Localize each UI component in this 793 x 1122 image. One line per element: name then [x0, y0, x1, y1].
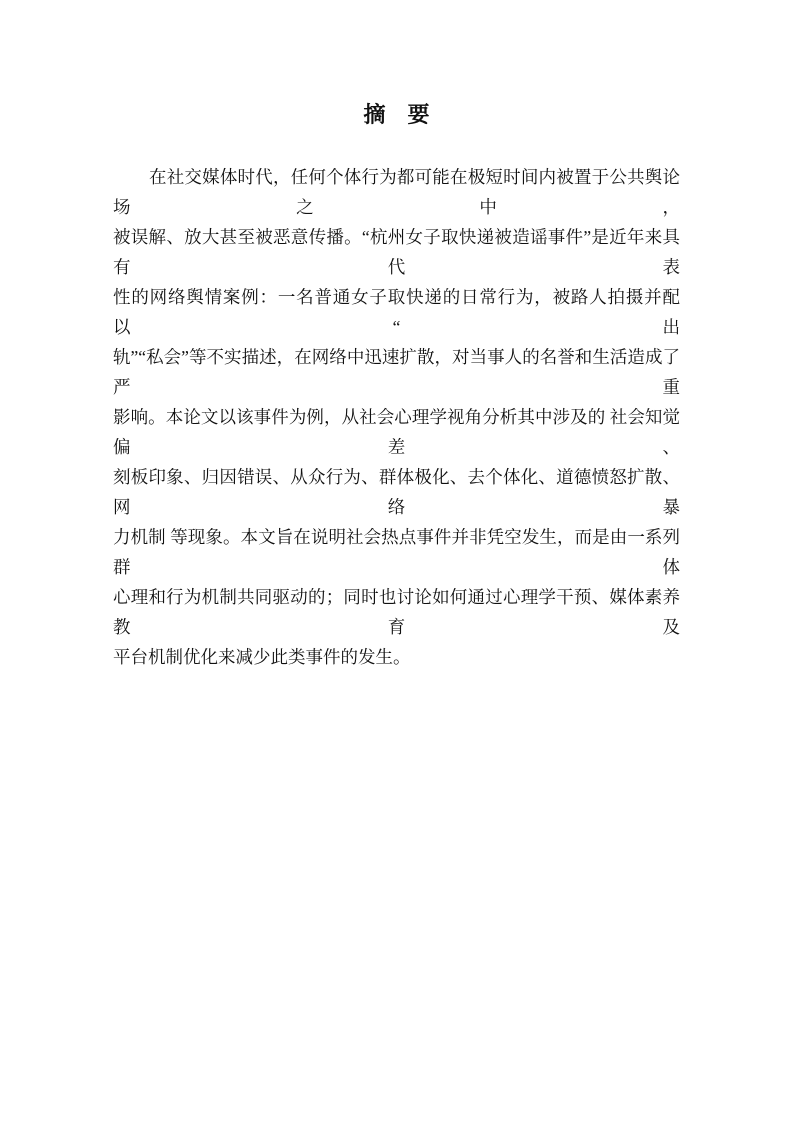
abstract-line: 轨”“私会”等不实描述，在网络中迅速扩散，对当事人的名誉和生活造成了严重 — [113, 342, 680, 402]
abstract-title: 摘 要 — [0, 0, 793, 130]
document-page: 摘 要 在社交媒体时代，任何个体行为都可能在极短时间内被置于公共舆论场之中， 被… — [0, 0, 793, 1122]
abstract-paragraph: 在社交媒体时代，任何个体行为都可能在极短时间内被置于公共舆论场之中， 被误解、放… — [113, 162, 680, 672]
abstract-line: 被误解、放大甚至被恶意传播。“杭州女子取快递被造谣事件”是近年来具有代表 — [113, 222, 680, 282]
abstract-line: 在社交媒体时代，任何个体行为都可能在极短时间内被置于公共舆论场之中， — [113, 162, 680, 222]
abstract-line: 性的网络舆情案例：一名普通女子取快递的日常行为，被路人拍摄并配以“出 — [113, 282, 680, 342]
abstract-line: 平台机制优化来减少此类事件的发生。 — [113, 642, 680, 672]
abstract-line: 影响。本论文以该事件为例，从社会心理学视角分析其中涉及的 社会知觉偏差、 — [113, 402, 680, 462]
abstract-line: 刻板印象、归因错误、从众行为、群体极化、去个体化、道德愤怒扩散、网络暴 — [113, 462, 680, 522]
abstract-line: 心理和行为机制共同驱动的；同时也讨论如何通过心理学干预、媒体素养教育及 — [113, 582, 680, 642]
abstract-line: 力机制 等现象。本文旨在说明社会热点事件并非凭空发生，而是由一系列群体 — [113, 522, 680, 582]
